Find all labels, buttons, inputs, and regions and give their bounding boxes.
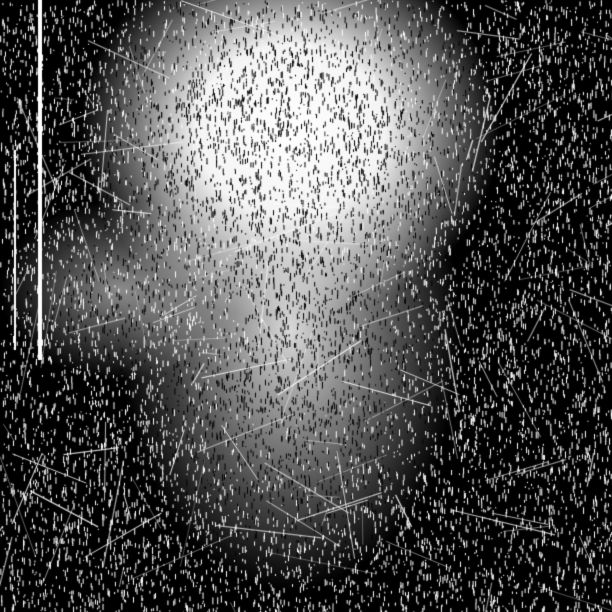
- grain-overlay: [0, 0, 612, 612]
- grunge-texture: [0, 0, 612, 612]
